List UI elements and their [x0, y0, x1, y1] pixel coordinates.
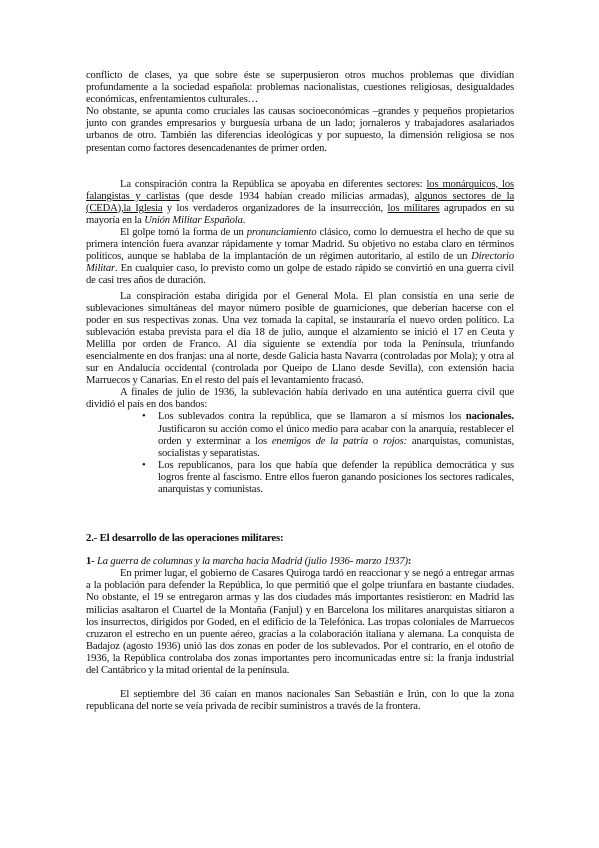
- conspiracy-paragraph: La conspiración contra la República se a…: [86, 179, 514, 227]
- subsection-number: 1-: [86, 556, 97, 567]
- document-page: conflicto de clases, ya que sobre éste s…: [86, 70, 514, 713]
- italic-rojos: rojos:: [383, 436, 407, 447]
- bullet-icon: •: [142, 411, 146, 423]
- bullet-2-text: Los republicanos, para los que había que…: [158, 460, 514, 495]
- golpe-paragraph: El golpe tomó la forma de un pronunciami…: [86, 227, 514, 287]
- list-item-republicanos: •Los republicanos, para los que había qu…: [158, 460, 514, 496]
- columnas-paragraph: En primer lugar, el gobierno de Casares …: [86, 568, 514, 677]
- underlined-militares: los militares: [388, 203, 440, 214]
- golpe-text-1: El golpe tomó la forma de un: [120, 227, 247, 238]
- conspiracy-text-4: .: [243, 215, 246, 226]
- subsection-title: La guerra de columnas y la marcha hacia …: [97, 556, 408, 567]
- subsection-1-heading: 1- La guerra de columnas y la marcha hac…: [86, 556, 514, 568]
- italic-enemigos-patria: enemigos de la patria: [272, 436, 368, 447]
- bold-nacionales: nacionales.: [466, 411, 514, 422]
- conspiracy-text-1: (que desde 1934 habían creado milicias a…: [180, 191, 415, 202]
- intro-paragraph-2: No obstante, se apunta como cruciales la…: [86, 106, 514, 154]
- italic-union-militar: Unión Militar Española: [144, 215, 243, 226]
- bullet-icon: •: [142, 460, 146, 472]
- bullet-1-text-3: o: [368, 436, 383, 447]
- septiembre-paragraph: El septiembre del 36 caían en manos naci…: [86, 689, 514, 713]
- italic-pronunciamiento: pronunciamiento: [247, 227, 317, 238]
- list-item-nacionales: •Los sublevados contra la república, que…: [158, 411, 514, 459]
- conspiracy-text-2: y los verdaderos organizadores de la ins…: [162, 203, 387, 214]
- subsection-colon: :: [408, 556, 411, 567]
- bandos-intro-paragraph: A finales de julio de 1936, la sublevaci…: [86, 387, 514, 411]
- mola-paragraph: La conspiración estaba dirigida por el G…: [86, 291, 514, 388]
- intro-paragraph-1: conflicto de clases, ya que sobre éste s…: [86, 70, 514, 106]
- bandos-list: •Los sublevados contra la república, que…: [86, 411, 514, 496]
- section-2-heading: 2.- El desarrollo de las operaciones mil…: [86, 532, 514, 544]
- bullet-1-text-1: Los sublevados contra la república, que …: [158, 411, 466, 422]
- conspiracy-lead: La conspiración contra la República se a…: [120, 179, 427, 190]
- golpe-text-3: . En cualquier caso, lo previsto como un…: [86, 263, 514, 286]
